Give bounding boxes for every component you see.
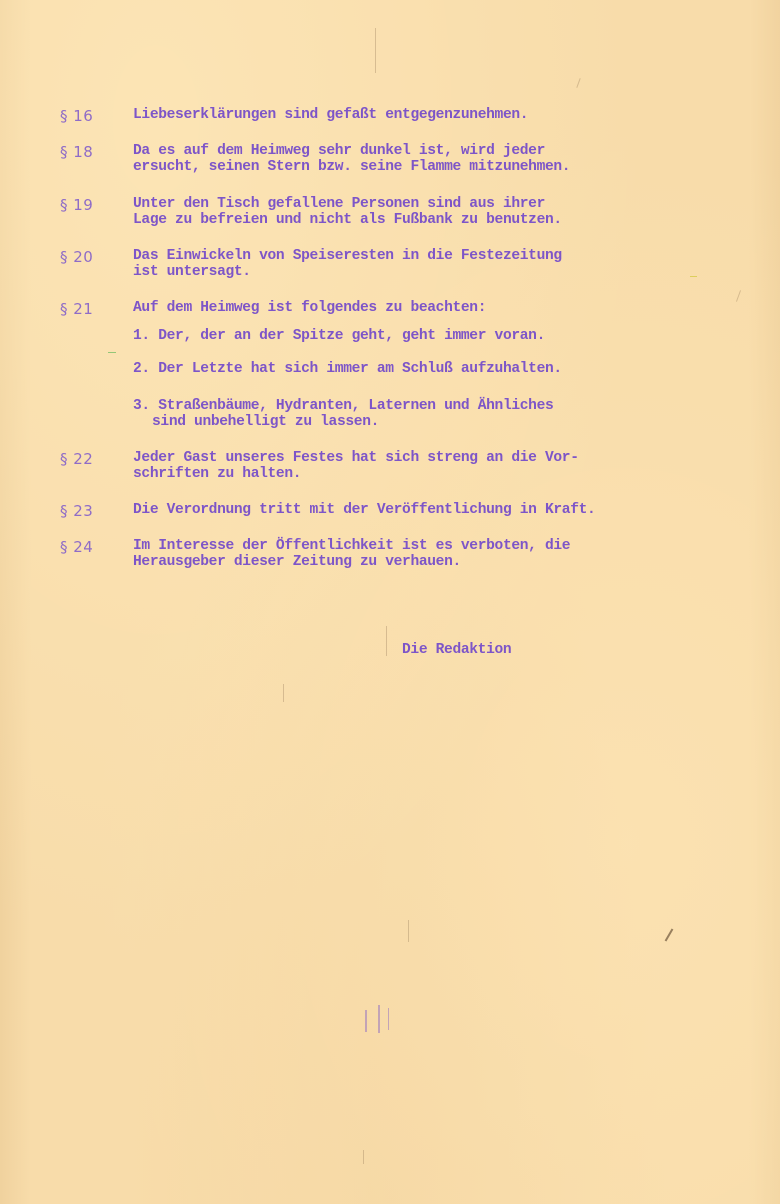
section-number: § 19 xyxy=(60,197,130,213)
paper-speck-mark xyxy=(690,276,697,277)
paper-crease-mark xyxy=(375,28,376,73)
list-item-1: 1. Der, der an der Spitze geht, geht imm… xyxy=(133,329,733,345)
section-number: § 18 xyxy=(60,144,130,160)
text-line: 3. Straßenbäume, Hydranten, Laternen und… xyxy=(133,398,553,414)
text-line: Im Interesse der Öffentlichkeit ist es v… xyxy=(133,538,570,554)
section-number: § 24 xyxy=(60,539,130,555)
section-text: Das Einwickeln von Speiseresten in die F… xyxy=(133,249,753,280)
text-line: Liebeserklärungen sind gefaßt entgegenzu… xyxy=(133,107,528,123)
text-line: Herausgeber dieser Zeitung zu verhauen. xyxy=(133,554,461,570)
signature: Die Redaktion xyxy=(402,642,511,658)
paper-crease-mark xyxy=(283,684,284,702)
text-line: Jeder Gast unseres Festes hat sich stren… xyxy=(133,450,579,466)
section-text: Die Verordnung tritt mit der Veröffentli… xyxy=(133,503,753,519)
section-text: Im Interesse der Öffentlichkeit ist es v… xyxy=(133,539,753,570)
paper-crease-mark xyxy=(386,626,387,656)
section-number: § 21 xyxy=(60,301,130,317)
section-number: § 20 xyxy=(60,249,130,265)
text-line: 2. Der Letzte hat sich immer am Schluß a… xyxy=(133,361,562,377)
section-text: Auf dem Heimweg ist folgendes zu beachte… xyxy=(133,301,753,317)
text-line: 1. Der, der an der Spitze geht, geht imm… xyxy=(133,328,545,344)
text-line: ist untersagt. xyxy=(133,264,251,280)
paper-speck-mark xyxy=(665,928,674,941)
paper-crease-mark xyxy=(363,1150,364,1164)
section-number: § 16 xyxy=(60,108,130,124)
ink-smudge-mark xyxy=(378,1005,380,1033)
section-text: Jeder Gast unseres Festes hat sich stren… xyxy=(133,451,753,482)
typewritten-page: § 16 Liebeserklärungen sind gefaßt entge… xyxy=(0,0,780,1204)
text-line: schriften zu halten. xyxy=(133,466,301,482)
text-line: Da es auf dem Heimweg sehr dunkel ist, w… xyxy=(133,143,545,159)
section-number: § 23 xyxy=(60,503,130,519)
text-line: sind unbehelligt zu lassen. xyxy=(133,415,733,431)
section-text: Unter den Tisch gefallene Personen sind … xyxy=(133,197,753,228)
text-line: ersucht, seinen Stern bzw. seine Flamme … xyxy=(133,159,570,175)
text-line: Unter den Tisch gefallene Personen sind … xyxy=(133,196,545,212)
ink-smudge-mark xyxy=(388,1008,389,1030)
paper-crease-mark xyxy=(408,920,409,942)
list-item-3: 3. Straßenbäume, Hydranten, Laternen und… xyxy=(133,399,733,430)
section-text: Liebeserklärungen sind gefaßt entgegenzu… xyxy=(133,108,753,124)
text-line: Die Verordnung tritt mit der Veröffentli… xyxy=(133,502,595,518)
text-line: Das Einwickeln von Speiseresten in die F… xyxy=(133,248,562,264)
text-line: Auf dem Heimweg ist folgendes zu beachte… xyxy=(133,300,486,316)
list-item-2: 2. Der Letzte hat sich immer am Schluß a… xyxy=(133,362,733,378)
paper-speck-mark xyxy=(108,352,116,353)
section-text: Da es auf dem Heimweg sehr dunkel ist, w… xyxy=(133,144,753,175)
paper-speck-mark xyxy=(576,78,580,88)
text-line: Lage zu befreien und nicht als Fußbank z… xyxy=(133,212,562,228)
ink-smudge-mark xyxy=(365,1010,367,1032)
section-number: § 22 xyxy=(60,451,130,467)
